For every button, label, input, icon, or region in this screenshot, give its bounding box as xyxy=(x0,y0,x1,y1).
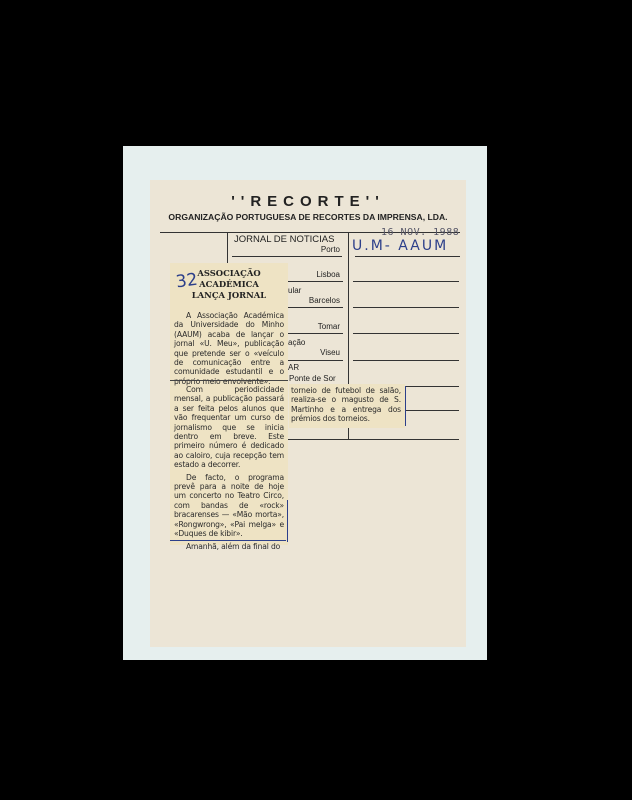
row-prefix: ação xyxy=(288,338,305,347)
row-prefix: AR xyxy=(288,363,299,372)
date-stamp: 16 NOV. 1988 xyxy=(381,227,459,238)
clipping-lead: A Associação Académica da Universidade d… xyxy=(174,311,284,386)
city-barcelos: Barcelos xyxy=(295,296,340,305)
city-lisboa: Lisboa xyxy=(300,270,340,279)
journal-name: JORNAL DE NOTICIAS xyxy=(234,234,334,245)
form-rule xyxy=(405,386,459,387)
clipping-body: Com periodicidade mensal, a publicação p… xyxy=(174,385,284,551)
lead-paragraph: A Associação Académica da Universidade d… xyxy=(174,311,284,386)
pen-bracket xyxy=(287,500,288,542)
city-tomar: Tomar xyxy=(300,322,340,331)
form-rule xyxy=(285,333,343,334)
form-rule xyxy=(353,307,459,308)
form-rule xyxy=(353,281,459,282)
form-rule xyxy=(405,410,459,411)
city-ponte-de-sor: Ponte de Sor xyxy=(289,374,336,383)
form-rule xyxy=(353,360,459,361)
handwritten-number: 32 xyxy=(175,270,199,293)
pen-bracket xyxy=(405,386,406,426)
form-title: ''RECORTE'' xyxy=(150,193,466,210)
body-paragraph-3: De facto, o programa prevê para a noite … xyxy=(174,473,284,539)
pen-bracket xyxy=(170,540,286,541)
city-viseu: Viseu xyxy=(300,348,340,357)
clipping-rule xyxy=(170,380,288,381)
handwritten-source: U.M- AAUM xyxy=(352,238,448,254)
clipping-continuation: torneio de futebol de salão, realiza-se … xyxy=(291,386,401,424)
body-paragraph-2: Com periodicidade mensal, a publicação p… xyxy=(174,385,284,470)
form-rule xyxy=(353,333,459,334)
form-rule xyxy=(287,439,459,440)
row-prefix: ular xyxy=(288,286,301,295)
form-subtitle: ORGANIZAÇÃO PORTUGUESA DE RECORTES DA IM… xyxy=(150,212,466,222)
form-rule xyxy=(285,307,343,308)
city-porto: Porto xyxy=(300,245,340,254)
form-rule xyxy=(285,281,343,282)
body-paragraph-4: Amanhã, além da final do xyxy=(174,542,284,551)
headline-line-3: LANÇA JORNAL xyxy=(170,290,288,300)
form-rule xyxy=(232,256,342,257)
continuation-paragraph: torneio de futebol de salão, realiza-se … xyxy=(291,386,401,424)
form-rule xyxy=(285,360,343,361)
form-rule xyxy=(355,256,460,257)
